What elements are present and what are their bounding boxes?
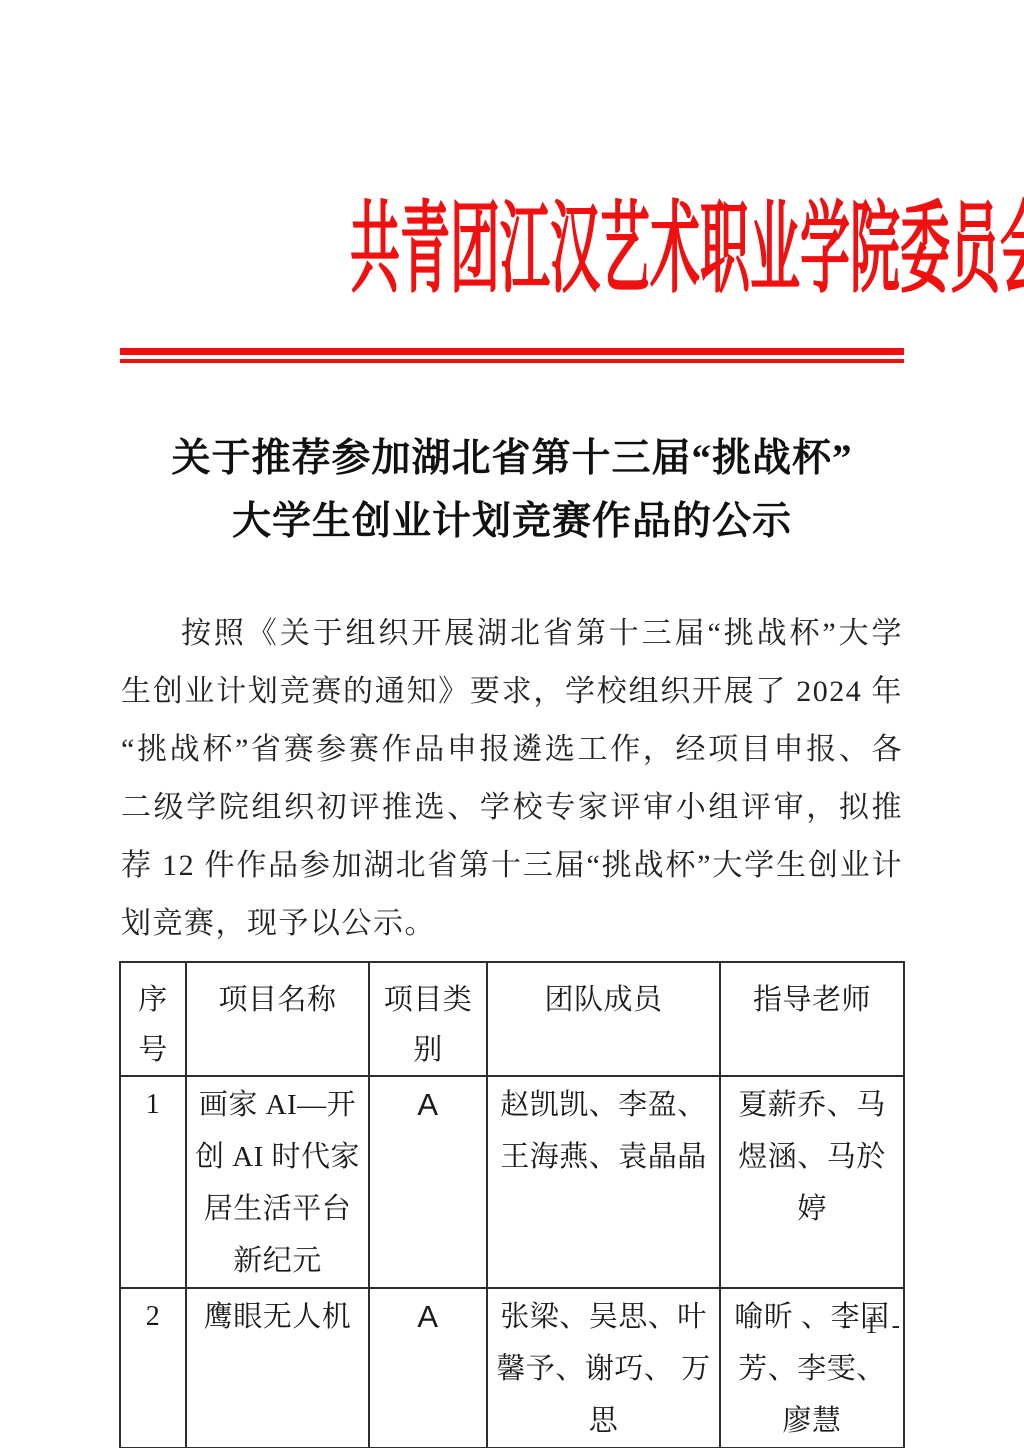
document-title: 关于推荐参加湖北省第十三届“挑战杯” 大学生创业计划竞赛作品的公示 [0, 427, 1024, 553]
table-row: 2 鹰眼无人机 A 张梁、吴思、叶馨予、谢巧、 万思 喻昕 、李国芳、李雯、廖慧 [120, 1288, 904, 1448]
table-row: 1 画家 AI—开创 AI 时代家居生活平台新纪元 A 赵凯凯、李盈、王海燕、袁… [120, 1076, 904, 1288]
col-header-category: 项目类别 [369, 962, 487, 1076]
letterhead-org-name: 共青团江汉艺术职业学院委员会 [350, 196, 1024, 304]
cell-advisors: 夏薪乔、马煜涵、马於婷 [720, 1076, 904, 1288]
letterhead-separator-rule [120, 348, 904, 363]
col-header-serial: 序号 [120, 962, 186, 1076]
cell-members: 赵凯凯、李盈、王海燕、袁晶晶 [487, 1076, 720, 1288]
cell-project-name: 画家 AI—开创 AI 时代家居生活平台新纪元 [186, 1076, 369, 1288]
cell-serial: 2 [120, 1288, 186, 1448]
letterhead: 共青团江汉艺术职业学院委员会 [0, 196, 1024, 304]
col-header-project-name: 项目名称 [186, 962, 369, 1076]
cell-category: A [369, 1076, 487, 1288]
cell-project-name: 鹰眼无人机 [186, 1288, 369, 1448]
cell-serial: 1 [120, 1076, 186, 1288]
projects-table: 序号 项目名称 项目类别 团队成员 指导老师 1 画家 AI—开创 AI 时代家… [119, 961, 905, 1448]
page-number: - 1 - [842, 1312, 904, 1340]
document-page: 共青团江汉艺术职业学院委员会 关于推荐参加湖北省第十三届“挑战杯” 大学生创业计… [0, 0, 1024, 1448]
col-header-advisors: 指导老师 [720, 962, 904, 1076]
cell-members: 张梁、吴思、叶馨予、谢巧、 万思 [487, 1288, 720, 1448]
table-header-row: 序号 项目名称 项目类别 团队成员 指导老师 [120, 962, 904, 1076]
body-paragraph: 按照《关于组织开展湖北省第十三届“挑战杯”大学生创业计划竞赛的通知》要求，学校组… [121, 605, 903, 953]
col-header-members: 团队成员 [487, 962, 720, 1076]
cell-category: A [369, 1288, 487, 1448]
document-title-line-2: 大学生创业计划竞赛作品的公示 [0, 490, 1024, 553]
document-title-line-1: 关于推荐参加湖北省第十三届“挑战杯” [0, 427, 1024, 490]
